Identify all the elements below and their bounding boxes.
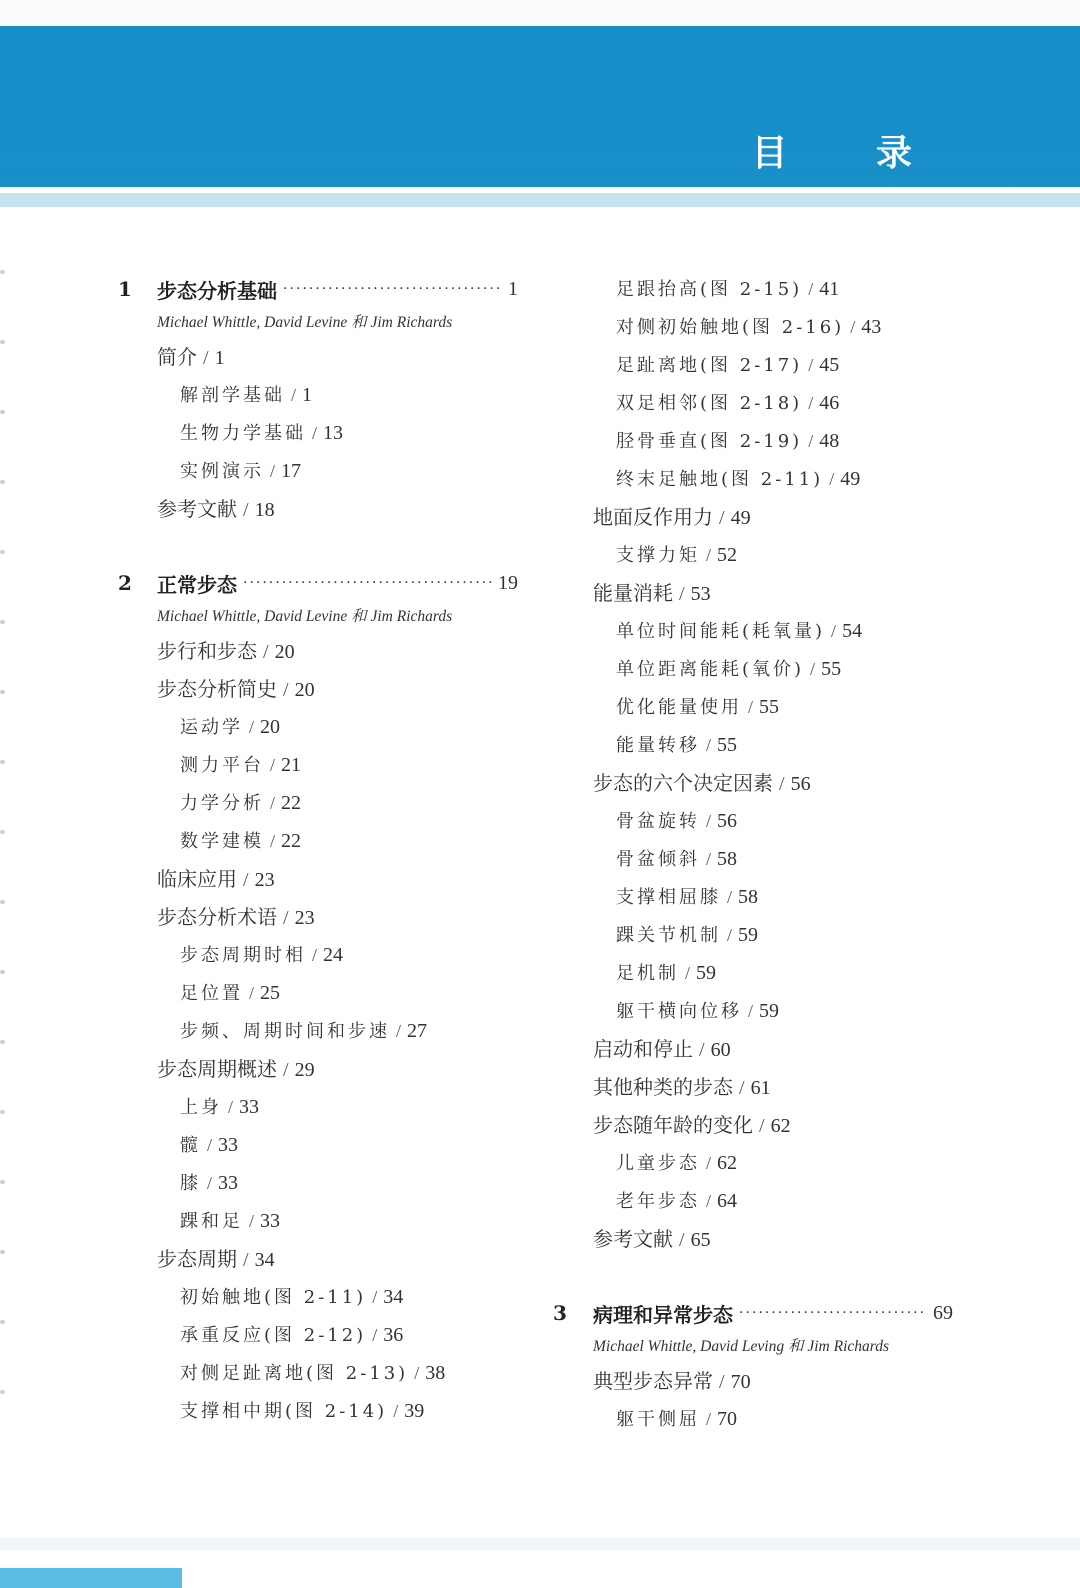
entry-title: 步态周期概述	[157, 1057, 277, 1081]
entry-separator: /	[742, 1001, 759, 1021]
entry-title: 步频、周期时间和步速	[180, 1021, 390, 1042]
entry-page-number: 56	[717, 810, 737, 832]
entry-separator: /	[366, 1325, 383, 1345]
entry-title: 支撑相中期(图 2-14)	[180, 1401, 387, 1422]
entry-separator: /	[804, 659, 821, 679]
entry-page-number: 21	[281, 754, 301, 776]
entry-title: 步态周期	[157, 1247, 237, 1271]
entry-title: 步态的六个决定因素	[593, 771, 773, 795]
entry-page-number: 49	[840, 468, 860, 490]
toc-subsection-entry[interactable]: 足跟抬高(图 2-15)/41	[553, 270, 953, 308]
toc-section-entry[interactable]: 参考文献/18	[118, 490, 518, 528]
entry-title: 单位距离能耗(氧价)	[616, 659, 804, 680]
entry-page-number: 34	[383, 1286, 403, 1308]
toc-subsection-entry[interactable]: 胫骨垂直(图 2-19)/48	[553, 422, 953, 460]
toc-chapter-heading[interactable]: 2正常步态···································…	[118, 564, 518, 602]
binding-marks	[0, 240, 6, 1440]
entry-separator: /	[844, 317, 861, 337]
entry-separator: /	[285, 385, 302, 405]
entry-page-number: 24	[323, 944, 343, 966]
entry-separator: /	[700, 735, 717, 755]
entry-separator: /	[277, 679, 295, 701]
entry-separator: /	[222, 1097, 239, 1117]
entry-title: 足趾离地(图 2-17)	[616, 355, 802, 376]
footer-tab	[0, 1568, 182, 1588]
entry-title: 足位置	[180, 983, 243, 1004]
toc-section-entry[interactable]: 能量消耗/53	[553, 574, 953, 612]
entry-title: 对侧初始触地(图 2-16)	[616, 317, 844, 338]
entry-page-number: 60	[711, 1039, 731, 1061]
toc-subsection-entry[interactable]: 对侧足趾离地(图 2-13)/38	[118, 1354, 518, 1392]
page-title: 目 录	[751, 136, 950, 172]
entry-page-number: 39	[404, 1400, 424, 1422]
entry-separator: /	[823, 469, 840, 489]
entry-separator: /	[264, 755, 281, 775]
entry-title: 儿童步态	[616, 1153, 700, 1174]
entry-title: 髋	[180, 1135, 201, 1156]
chapter-spacer	[118, 528, 518, 564]
entry-title: 支撑力矩	[616, 545, 700, 566]
chapter-number: 3	[553, 1301, 593, 1325]
toc-subsection-entry[interactable]: 足机制/59	[553, 954, 953, 992]
entry-separator: /	[408, 1363, 425, 1383]
entry-separator: /	[264, 793, 281, 813]
entry-separator: /	[825, 621, 842, 641]
toc-section-entry[interactable]: 参考文献/65	[553, 1220, 953, 1258]
entry-separator: /	[802, 431, 819, 451]
entry-title: 简介	[157, 345, 197, 369]
toc-subsection-entry[interactable]: 躯干横向位移/59	[553, 992, 953, 1030]
toc-section-entry[interactable]: 典型步态异常/70	[553, 1362, 953, 1400]
entry-separator: /	[802, 393, 819, 413]
chapter-page-number: 69	[933, 1302, 953, 1325]
entry-page-number: 1	[302, 384, 312, 406]
entry-page-number: 13	[323, 422, 343, 444]
chapter-title: 正常步态	[157, 569, 237, 598]
entry-page-number: 33	[218, 1172, 238, 1194]
chapter-title: 步态分析基础	[157, 275, 277, 304]
entry-separator: /	[237, 499, 255, 521]
entry-separator: /	[243, 717, 260, 737]
entry-title: 对侧足趾离地(图 2-13)	[180, 1363, 408, 1384]
entry-page-number: 59	[738, 924, 758, 946]
entry-separator: /	[679, 963, 696, 983]
entry-page-number: 59	[696, 962, 716, 984]
toc-subsection-entry[interactable]: 老年步态/64	[553, 1182, 953, 1220]
entry-page-number: 56	[791, 773, 811, 795]
chapter-authors: Michael Whittle, David Levine 和 Jim Rich…	[118, 308, 518, 338]
entry-page-number: 64	[717, 1190, 737, 1212]
entry-title: 典型步态异常	[593, 1369, 713, 1393]
entry-title: 启动和停止	[593, 1037, 693, 1061]
toc-subsection-entry[interactable]: 解剖学基础/1	[118, 376, 518, 414]
entry-page-number: 55	[821, 658, 841, 680]
entry-title: 优化能量使用	[616, 697, 742, 718]
entry-page-number: 18	[255, 499, 275, 521]
entry-page-number: 55	[759, 696, 779, 718]
entry-separator: /	[733, 1077, 751, 1099]
entry-separator: /	[277, 1059, 295, 1081]
entry-page-number: 62	[717, 1152, 737, 1174]
chapter-number: 2	[118, 571, 157, 595]
toc-chapter-heading[interactable]: 3病理和异常步态································…	[553, 1294, 953, 1332]
dot-leader: ········································…	[283, 282, 502, 296]
entry-separator: /	[387, 1401, 404, 1421]
entry-title: 其他种类的步态	[593, 1075, 733, 1099]
chapter-page-number: 1	[508, 278, 518, 301]
toc-subsection-entry[interactable]: 双足相邻(图 2-18)/46	[553, 384, 953, 422]
entry-separator: /	[802, 279, 819, 299]
dot-leader: ········································…	[739, 1306, 927, 1320]
header-band: 目 录	[0, 26, 1080, 187]
entry-page-number: 62	[771, 1115, 791, 1137]
entry-page-number: 46	[819, 392, 839, 414]
entry-separator: /	[306, 945, 323, 965]
entry-page-number: 36	[383, 1324, 403, 1346]
chapter-spacer	[553, 1258, 953, 1294]
entry-separator: /	[773, 773, 791, 795]
page-top-margin	[0, 0, 1080, 26]
toc-subsection-entry[interactable]: 膝/33	[118, 1164, 518, 1202]
entry-separator: /	[742, 697, 759, 717]
entry-page-number: 49	[731, 507, 751, 529]
entry-page-number: 33	[239, 1096, 259, 1118]
entry-separator: /	[366, 1287, 383, 1307]
entry-page-number: 70	[731, 1371, 751, 1393]
entry-title: 老年步态	[616, 1191, 700, 1212]
entry-title: 足跟抬高(图 2-15)	[616, 279, 802, 300]
toc-section-entry[interactable]: 步态随年龄的变化/62	[553, 1106, 953, 1144]
entry-page-number: 23	[295, 907, 315, 929]
toc-chapter-heading[interactable]: 1步态分析基础·································…	[118, 270, 518, 308]
entry-title: 骨盆倾斜	[616, 849, 700, 870]
entry-page-number: 20	[295, 679, 315, 701]
entry-title: 解剖学基础	[180, 385, 285, 406]
toc-section-entry[interactable]: 步态周期概述/29	[118, 1050, 518, 1088]
entry-separator: /	[700, 1409, 717, 1429]
entry-title: 数学建模	[180, 831, 264, 852]
entry-title: 踝和足	[180, 1211, 243, 1232]
footer-stripe	[0, 1538, 1080, 1550]
toc-section-entry[interactable]: 临床应用/23	[118, 860, 518, 898]
entry-title: 单位时间能耗(耗氧量)	[616, 621, 825, 642]
entry-separator: /	[713, 1371, 731, 1393]
toc-subsection-entry[interactable]: 终末足触地(图 2-11)/49	[553, 460, 953, 498]
entry-title: 躯干横向位移	[616, 1001, 742, 1022]
entry-separator: /	[700, 811, 717, 831]
entry-title: 能量转移	[616, 735, 700, 756]
entry-page-number: 34	[255, 1249, 275, 1271]
entry-title: 步态周期时相	[180, 945, 306, 966]
toc-section-entry[interactable]: 步态分析术语/23	[118, 898, 518, 936]
entry-page-number: 33	[218, 1134, 238, 1156]
toc-subsection-entry[interactable]: 支撑相屈膝/58	[553, 878, 953, 916]
toc-subsection-entry[interactable]: 髋/33	[118, 1126, 518, 1164]
entry-separator: /	[257, 641, 275, 663]
toc-section-entry[interactable]: 简介/1	[118, 338, 518, 376]
entry-title: 承重反应(图 2-12)	[180, 1325, 366, 1346]
entry-page-number: 27	[407, 1020, 427, 1042]
entry-title: 双足相邻(图 2-18)	[616, 393, 802, 414]
toc-subsection-entry[interactable]: 足位置/25	[118, 974, 518, 1012]
entry-separator: /	[197, 347, 215, 369]
entry-title: 支撑相屈膝	[616, 887, 721, 908]
entry-separator: /	[693, 1039, 711, 1061]
entry-title: 力学分析	[180, 793, 264, 814]
toc-section-entry[interactable]: 步行和步态/20	[118, 632, 518, 670]
chapter-authors: Michael Whittle, David Levine 和 Jim Rich…	[118, 602, 518, 632]
entry-page-number: 61	[751, 1077, 771, 1099]
entry-title: 踝关节机制	[616, 925, 721, 946]
toc-subsection-entry[interactable]: 骨盆旋转/56	[553, 802, 953, 840]
entry-page-number: 59	[759, 1000, 779, 1022]
toc-subsection-entry[interactable]: 支撑力矩/52	[553, 536, 953, 574]
toc-section-entry[interactable]: 其他种类的步态/61	[553, 1068, 953, 1106]
entry-page-number: 22	[281, 792, 301, 814]
entry-title: 生物力学基础	[180, 423, 306, 444]
entry-separator: /	[243, 983, 260, 1003]
toc-subsection-entry[interactable]: 优化能量使用/55	[553, 688, 953, 726]
entry-title: 步态分析术语	[157, 905, 277, 929]
entry-title: 测力平台	[180, 755, 264, 776]
toc-subsection-entry[interactable]: 对侧初始触地(图 2-16)/43	[553, 308, 953, 346]
entry-title: 临床应用	[157, 867, 237, 891]
toc-subsection-entry[interactable]: 踝关节机制/59	[553, 916, 953, 954]
entry-title: 运动学	[180, 717, 243, 738]
toc-subsection-entry[interactable]: 承重反应(图 2-12)/36	[118, 1316, 518, 1354]
entry-title: 上身	[180, 1097, 222, 1118]
entry-separator: /	[753, 1115, 771, 1137]
toc-subsection-entry[interactable]: 初始触地(图 2-11)/34	[118, 1278, 518, 1316]
toc-subsection-entry[interactable]: 能量转移/55	[553, 726, 953, 764]
chapter-number: 1	[118, 277, 157, 301]
entry-page-number: 70	[717, 1408, 737, 1430]
toc-subsection-entry[interactable]: 单位距离能耗(氧价)/55	[553, 650, 953, 688]
toc-section-entry[interactable]: 步态的六个决定因素/56	[553, 764, 953, 802]
entry-separator: /	[201, 1173, 218, 1193]
entry-separator: /	[802, 355, 819, 375]
entry-page-number: 20	[275, 641, 295, 663]
toc-section-entry[interactable]: 步态周期/34	[118, 1240, 518, 1278]
entry-title: 步态分析简史	[157, 677, 277, 701]
header-stripe	[0, 193, 1080, 207]
entry-separator: /	[264, 461, 281, 481]
entry-separator: /	[673, 1229, 691, 1251]
toc-subsection-entry[interactable]: 步频、周期时间和步速/27	[118, 1012, 518, 1050]
chapter-authors: Michael Whittle, David Leving 和 Jim Rich…	[553, 1332, 953, 1362]
entry-title: 骨盆旋转	[616, 811, 700, 832]
entry-title: 参考文献	[157, 497, 237, 521]
toc-subsection-entry[interactable]: 步态周期时相/24	[118, 936, 518, 974]
entry-page-number: 25	[260, 982, 280, 1004]
entry-separator: /	[721, 887, 738, 907]
toc-subsection-entry[interactable]: 躯干侧屈/70	[553, 1400, 953, 1438]
toc-subsection-entry[interactable]: 骨盆倾斜/58	[553, 840, 953, 878]
toc-column-left: 1步态分析基础·································…	[118, 270, 518, 1430]
toc-subsection-entry[interactable]: 踝和足/33	[118, 1202, 518, 1240]
dot-leader: ········································…	[243, 576, 492, 590]
entry-separator: /	[277, 907, 295, 929]
entry-title: 实例演示	[180, 461, 264, 482]
entry-separator: /	[721, 925, 738, 945]
entry-separator: /	[201, 1135, 218, 1155]
entry-page-number: 41	[819, 278, 839, 300]
toc-column-right: 足跟抬高(图 2-15)/41对侧初始触地(图 2-16)/43足趾离地(图 2…	[553, 270, 953, 1438]
entry-separator: /	[243, 1211, 260, 1231]
entry-separator: /	[700, 849, 717, 869]
toc-subsection-entry[interactable]: 支撑相中期(图 2-14)/39	[118, 1392, 518, 1430]
toc-subsection-entry[interactable]: 实例演示/17	[118, 452, 518, 490]
entry-title: 步行和步态	[157, 639, 257, 663]
entry-separator: /	[713, 507, 731, 529]
entry-title: 初始触地(图 2-11)	[180, 1287, 366, 1308]
entry-page-number: 17	[281, 460, 301, 482]
entry-page-number: 23	[255, 869, 275, 891]
toc-subsection-entry[interactable]: 数学建模/22	[118, 822, 518, 860]
entry-page-number: 48	[819, 430, 839, 452]
entry-separator: /	[264, 831, 281, 851]
entry-separator: /	[673, 583, 691, 605]
entry-page-number: 53	[691, 583, 711, 605]
entry-page-number: 38	[425, 1362, 445, 1384]
entry-page-number: 65	[691, 1229, 711, 1251]
toc-section-entry[interactable]: 步态分析简史/20	[118, 670, 518, 708]
chapter-title: 病理和异常步态	[593, 1299, 733, 1328]
toc-subsection-entry[interactable]: 生物力学基础/13	[118, 414, 518, 452]
toc-subsection-entry[interactable]: 力学分析/22	[118, 784, 518, 822]
entry-separator: /	[700, 545, 717, 565]
toc-subsection-entry[interactable]: 单位时间能耗(耗氧量)/54	[553, 612, 953, 650]
toc-subsection-entry[interactable]: 儿童步态/62	[553, 1144, 953, 1182]
entry-page-number: 43	[861, 316, 881, 338]
entry-title: 能量消耗	[593, 581, 673, 605]
entry-title: 胫骨垂直(图 2-19)	[616, 431, 802, 452]
entry-title: 参考文献	[593, 1227, 673, 1251]
entry-page-number: 33	[260, 1210, 280, 1232]
entry-separator: /	[390, 1021, 407, 1041]
entry-title: 躯干侧屈	[616, 1409, 700, 1430]
entry-title: 膝	[180, 1173, 201, 1194]
entry-title: 终末足触地(图 2-11)	[616, 469, 823, 490]
entry-title: 地面反作用力	[593, 505, 713, 529]
entry-page-number: 54	[842, 620, 862, 642]
chapter-page-number: 19	[498, 572, 518, 595]
toc-subsection-entry[interactable]: 测力平台/21	[118, 746, 518, 784]
entry-page-number: 1	[215, 347, 225, 369]
entry-page-number: 52	[717, 544, 737, 566]
entry-separator: /	[700, 1153, 717, 1173]
entry-separator: /	[700, 1191, 717, 1211]
entry-page-number: 58	[717, 848, 737, 870]
entry-separator: /	[237, 1249, 255, 1271]
entry-title: 足机制	[616, 963, 679, 984]
entry-page-number: 58	[738, 886, 758, 908]
toc-section-entry[interactable]: 地面反作用力/49	[553, 498, 953, 536]
entry-separator: /	[306, 423, 323, 443]
toc-section-entry[interactable]: 启动和停止/60	[553, 1030, 953, 1068]
entry-page-number: 20	[260, 716, 280, 738]
entry-page-number: 22	[281, 830, 301, 852]
entry-separator: /	[237, 869, 255, 891]
toc-subsection-entry[interactable]: 运动学/20	[118, 708, 518, 746]
entry-page-number: 29	[295, 1059, 315, 1081]
toc-subsection-entry[interactable]: 上身/33	[118, 1088, 518, 1126]
toc-subsection-entry[interactable]: 足趾离地(图 2-17)/45	[553, 346, 953, 384]
entry-page-number: 45	[819, 354, 839, 376]
entry-page-number: 55	[717, 734, 737, 756]
entry-title: 步态随年龄的变化	[593, 1113, 753, 1137]
